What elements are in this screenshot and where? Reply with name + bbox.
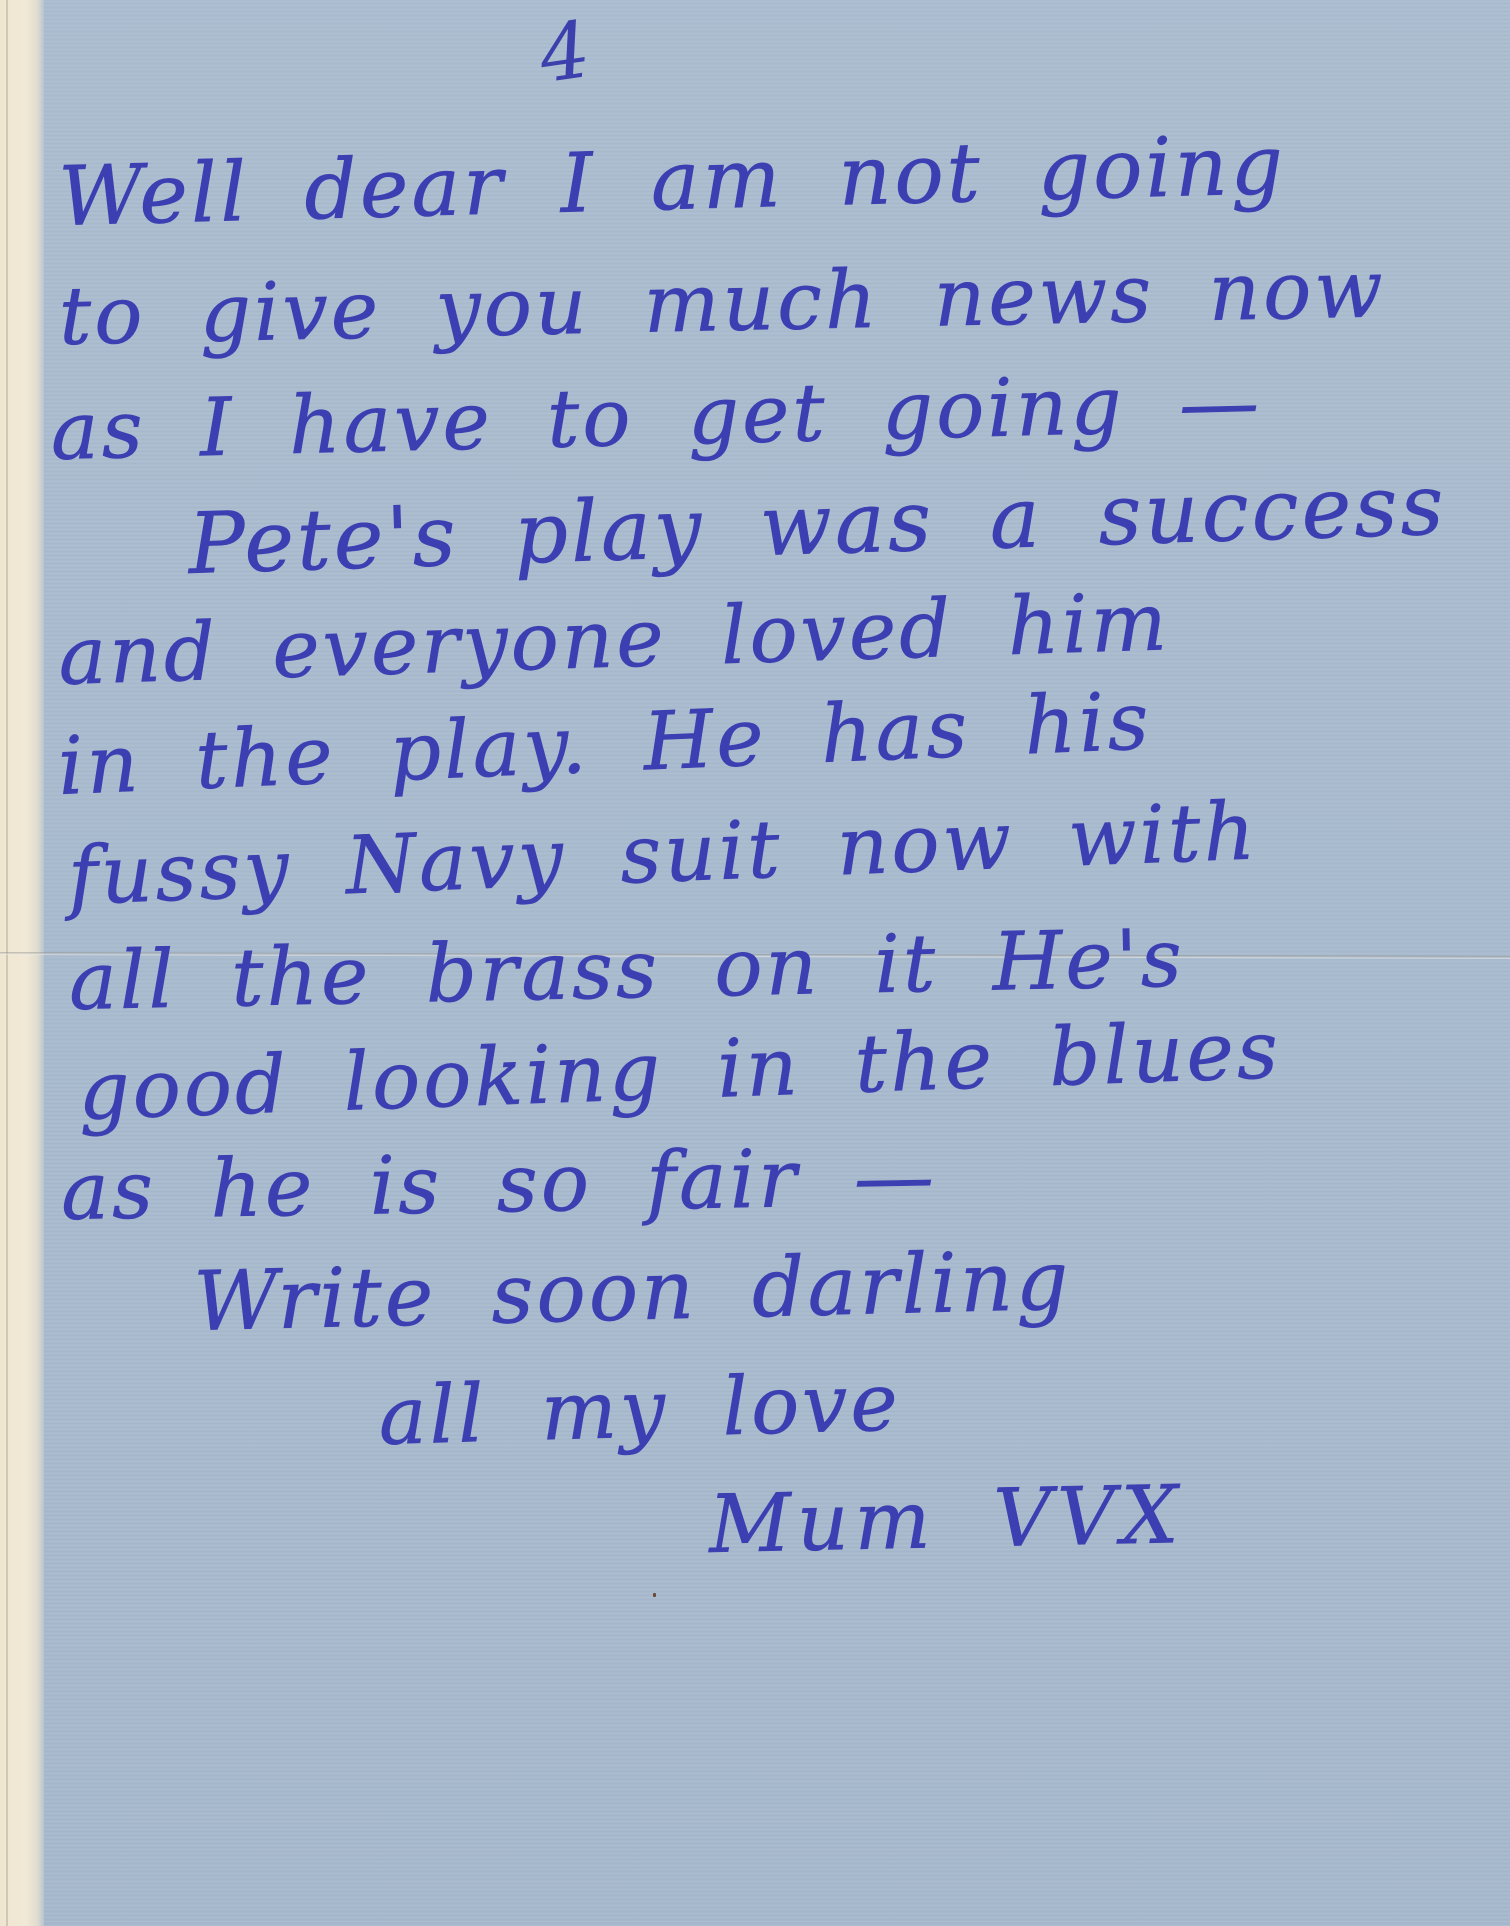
page-number: 4 <box>534 5 596 101</box>
letter-line: Well dear I am not going <box>58 118 1288 245</box>
letter-line: as he is so fair — <box>60 1130 937 1238</box>
torn-edge <box>6 0 8 1926</box>
closing-salutation: all my love <box>377 1355 901 1463</box>
letter-page: 4 Well dear I am not going to give you m… <box>0 0 1510 1926</box>
letter-line: as I have to get going — <box>50 355 1263 478</box>
signature: Mum VVX <box>708 1468 1185 1571</box>
letter-line: all the brass on it He's <box>68 912 1186 1028</box>
letter-line: Pete's play was a success <box>187 456 1448 593</box>
closing-line: Write soon darling <box>193 1234 1073 1350</box>
paper-speck <box>653 1593 656 1597</box>
letter-line: to give you much news now <box>58 242 1387 363</box>
